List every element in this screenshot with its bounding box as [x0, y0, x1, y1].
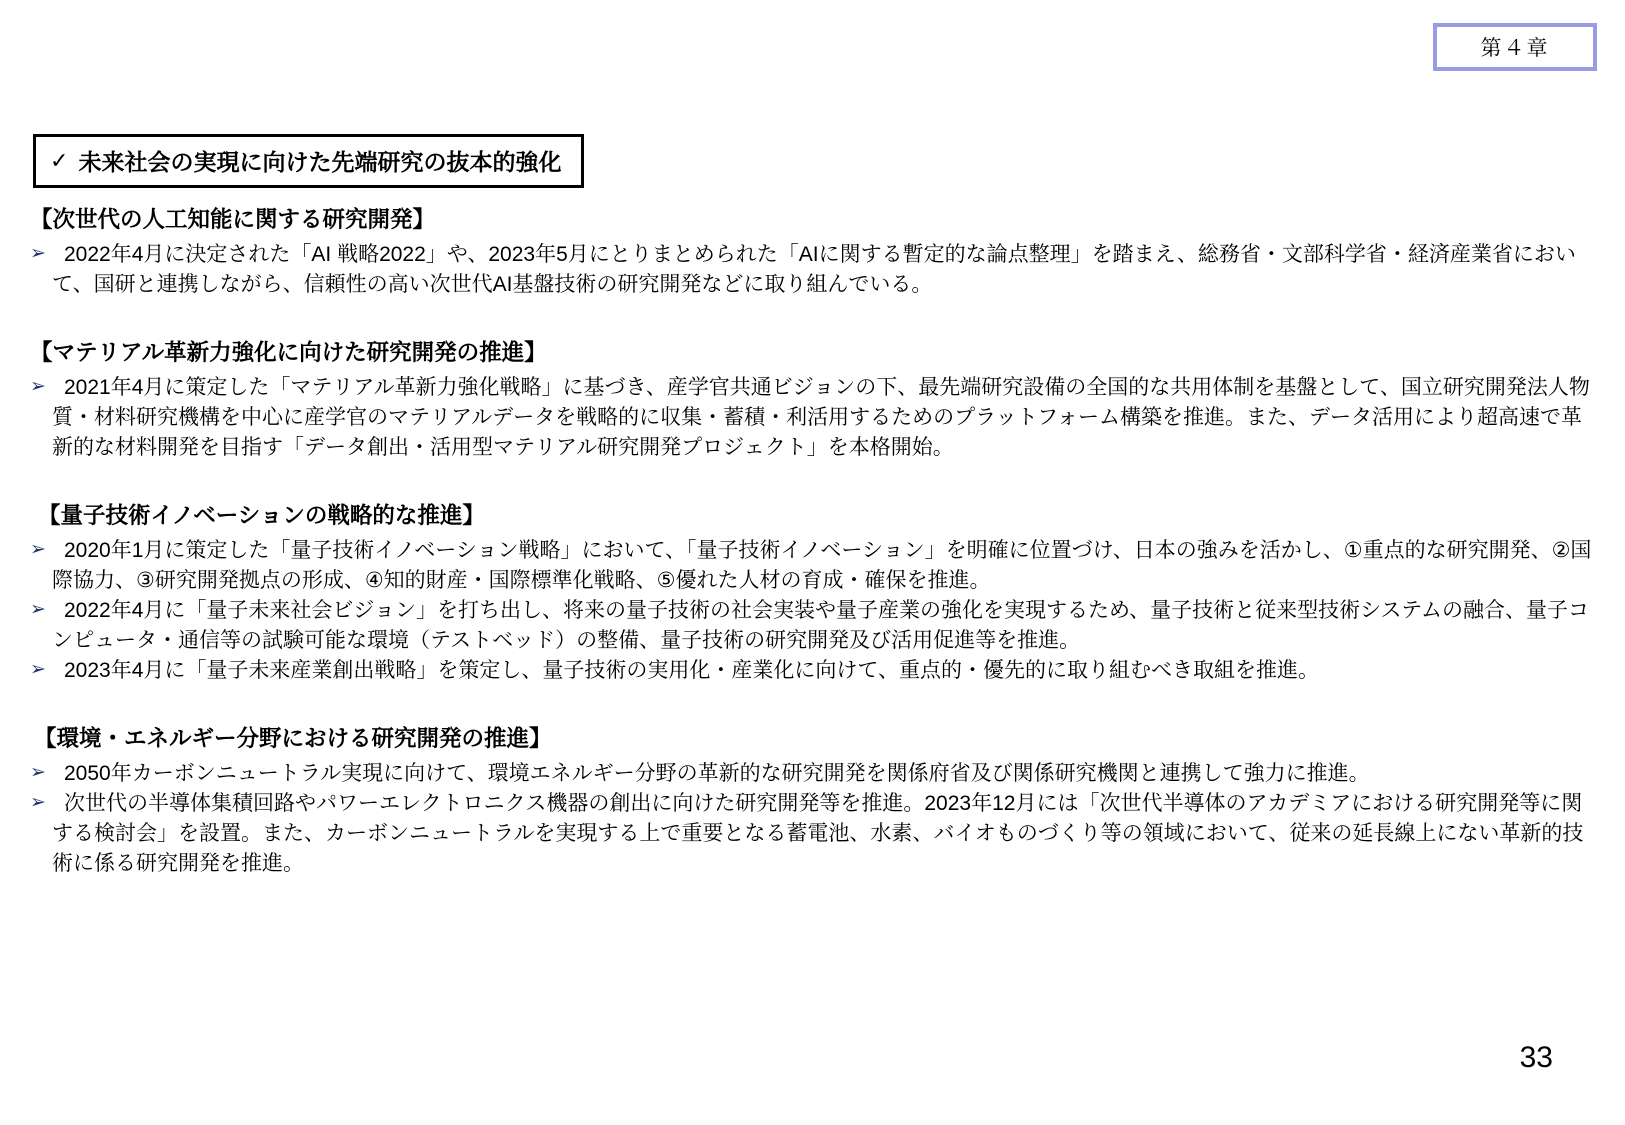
section-quantum: 【量子技術イノベーションの戦略的な推進】 ➢ 2020年1月に策定した「量子技術… [30, 501, 1597, 686]
section-material: 【マテリアル革新力強化に向けた研究開発の推進】 ➢ 2021年4月に策定した「マ… [30, 338, 1597, 463]
page-title: 未来社会の実現に向けた先端研究の抜本的強化 [78, 144, 561, 177]
section-energy: 【環境・エネルギー分野における研究開発の推進】 ➢ 2050年カーボンニュートラ… [30, 724, 1597, 879]
section-heading: 【量子技術イノベーションの戦略的な推進】 [38, 501, 1597, 531]
section-heading: 【環境・エネルギー分野における研究開発の推進】 [34, 724, 1597, 754]
list-item: ➢ 2023年4月に「量子未来産業創出戦略」を策定し、量子技術の実用化・産業化に… [30, 656, 1597, 686]
page-number: 33 [1520, 1043, 1553, 1073]
bullet-text: 2050年カーボンニュートラル実現に向けて、環境エネルギー分野の革新的な研究開発… [52, 759, 1597, 789]
chapter-label: 第４章 [1481, 32, 1550, 62]
checkmark-icon: ✓ [50, 148, 68, 174]
chapter-badge: 第４章 [1433, 23, 1597, 71]
bullet-text: 2021年4月に策定した「マテリアル革新力強化戦略」に基づき、産学官共通ビジョン… [52, 373, 1597, 463]
section-heading: 【次世代の人工知能に関する研究開発】 [30, 205, 1597, 235]
arrow-bullet-icon: ➢ [30, 788, 52, 818]
list-item: ➢ 2050年カーボンニュートラル実現に向けて、環境エネルギー分野の革新的な研究… [30, 759, 1597, 789]
list-item: ➢ 2022年4月に決定された「AI 戦略2022」や、2023年5月にとりまと… [30, 240, 1597, 300]
arrow-bullet-icon: ➢ [30, 758, 52, 788]
bullet-text: 2022年4月に「量子未来社会ビジョン」を打ち出し、将来の量子技術の社会実装や量… [52, 596, 1597, 656]
content-area: 【次世代の人工知能に関する研究開発】 ➢ 2022年4月に決定された「AI 戦略… [30, 205, 1597, 917]
arrow-bullet-icon: ➢ [30, 239, 52, 269]
bullet-text: 2020年1月に策定した「量子技術イノベーション戦略」において、「量子技術イノベ… [52, 536, 1597, 596]
bullet-text: 次世代の半導体集積回路やパワーエレクトロニクス機器の創出に向けた研究開発等を推進… [52, 789, 1597, 879]
arrow-bullet-icon: ➢ [30, 372, 52, 402]
bullet-text: 2023年4月に「量子未来産業創出戦略」を策定し、量子技術の実用化・産業化に向け… [52, 656, 1597, 686]
list-item: ➢ 2020年1月に策定した「量子技術イノベーション戦略」において、「量子技術イ… [30, 536, 1597, 596]
bullet-text: 2022年4月に決定された「AI 戦略2022」や、2023年5月にとりまとめら… [52, 240, 1597, 300]
title-box: ✓ 未来社会の実現に向けた先端研究の抜本的強化 [33, 134, 584, 188]
arrow-bullet-icon: ➢ [30, 655, 52, 685]
list-item: ➢ 2021年4月に策定した「マテリアル革新力強化戦略」に基づき、産学官共通ビジ… [30, 373, 1597, 463]
arrow-bullet-icon: ➢ [30, 535, 52, 565]
list-item: ➢ 2022年4月に「量子未来社会ビジョン」を打ち出し、将来の量子技術の社会実装… [30, 596, 1597, 656]
arrow-bullet-icon: ➢ [30, 595, 52, 625]
section-ai: 【次世代の人工知能に関する研究開発】 ➢ 2022年4月に決定された「AI 戦略… [30, 205, 1597, 300]
section-heading: 【マテリアル革新力強化に向けた研究開発の推進】 [30, 338, 1597, 368]
list-item: ➢ 次世代の半導体集積回路やパワーエレクトロニクス機器の創出に向けた研究開発等を… [30, 789, 1597, 879]
